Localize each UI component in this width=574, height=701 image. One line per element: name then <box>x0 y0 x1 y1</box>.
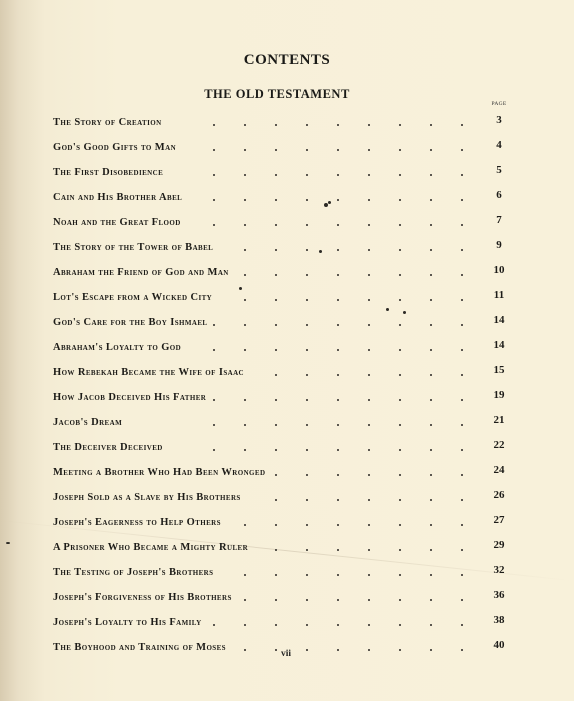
toc-entry-title: The Deceiver Deceived <box>53 441 163 455</box>
leader-dot <box>461 549 463 551</box>
leader-dot <box>368 524 370 526</box>
leader-dot <box>275 474 277 476</box>
leader-dot <box>244 624 246 626</box>
toc-entry-page: 7 <box>486 213 512 227</box>
leader-dot <box>337 199 339 201</box>
leader-dot <box>368 224 370 226</box>
leader-dot <box>306 574 308 576</box>
leader-dot <box>399 299 401 301</box>
leader-dot <box>430 524 432 526</box>
leader-dot <box>430 474 432 476</box>
leader-dot <box>430 449 432 451</box>
leader-dot <box>461 424 463 426</box>
toc-entry-page: 14 <box>486 313 512 327</box>
dot-leader <box>200 516 475 530</box>
leader-dot <box>337 649 339 651</box>
leader-dot <box>399 374 401 376</box>
dot-leader <box>200 391 475 405</box>
dot-leader <box>200 291 475 305</box>
leader-dot <box>399 499 401 501</box>
leader-dot <box>337 424 339 426</box>
leader-dot <box>337 374 339 376</box>
leader-dot <box>461 324 463 326</box>
toc-entry-page: 22 <box>486 438 512 452</box>
leader-dot <box>399 424 401 426</box>
leader-dot <box>337 249 339 251</box>
toc-entry: Abraham's Loyalty to God 14 <box>0 341 574 361</box>
leader-dot <box>213 349 215 351</box>
dot-leader <box>200 416 475 430</box>
toc-entry-title: God's Good Gifts to Man <box>53 141 176 155</box>
leader-dot <box>399 474 401 476</box>
toc-entry: Joseph's Loyalty to His Family 38 <box>0 616 574 636</box>
leader-dot <box>306 474 308 476</box>
toc-entry-page: 27 <box>486 513 512 527</box>
toc-entry-page: 21 <box>486 413 512 427</box>
leader-dot <box>368 399 370 401</box>
toc-entry-title: Jacob's Dream <box>53 416 122 430</box>
leader-dot <box>368 374 370 376</box>
leader-dot <box>244 449 246 451</box>
toc-entry-page: 9 <box>486 238 512 252</box>
toc-entry-page: 29 <box>486 538 512 552</box>
leader-dot <box>306 549 308 551</box>
leader-dot <box>213 424 215 426</box>
leader-dot <box>337 449 339 451</box>
leader-dot <box>368 124 370 126</box>
dot-leader <box>200 466 475 480</box>
toc-entry-page: 5 <box>486 163 512 177</box>
leader-dot <box>430 399 432 401</box>
toc-entry: A Prisoner Who Became a Mighty Ruler 29 <box>0 541 574 561</box>
leader-dot <box>306 424 308 426</box>
leader-dot <box>306 299 308 301</box>
leader-dot <box>461 224 463 226</box>
leader-dot <box>275 449 277 451</box>
leader-dot <box>244 224 246 226</box>
toc-entry-page: 15 <box>486 363 512 377</box>
leader-dot <box>430 149 432 151</box>
page-folio: vii <box>276 649 296 659</box>
toc-entry: Joseph's Forgiveness of His Brothers 36 <box>0 591 574 611</box>
toc-entry: Abraham the Friend of God and Man 10 <box>0 266 574 286</box>
toc-entry-title: God's Care for the Boy Ishmael <box>53 316 207 330</box>
leader-dot <box>337 224 339 226</box>
dot-leader <box>200 116 475 130</box>
leader-dot <box>244 574 246 576</box>
leader-dot <box>213 324 215 326</box>
leader-dot <box>399 199 401 201</box>
leader-dot <box>368 599 370 601</box>
toc-entry-page: 3 <box>486 113 512 127</box>
toc-entry: How Jacob Deceived His Father 19 <box>0 391 574 411</box>
leader-dot <box>461 449 463 451</box>
leader-dot <box>430 349 432 351</box>
leader-dot <box>399 249 401 251</box>
leader-dot <box>244 524 246 526</box>
leader-dot <box>337 174 339 176</box>
leader-dot <box>306 149 308 151</box>
leader-dot <box>368 299 370 301</box>
leader-dot <box>461 274 463 276</box>
leader-dot <box>306 274 308 276</box>
leader-dot <box>461 299 463 301</box>
leader-dot <box>461 649 463 651</box>
leader-dot <box>275 524 277 526</box>
leader-dot <box>306 624 308 626</box>
toc-entry: God's Good Gifts to Man 4 <box>0 141 574 161</box>
leader-dot <box>430 274 432 276</box>
toc-entry-page: 19 <box>486 388 512 402</box>
leader-dot <box>275 124 277 126</box>
leader-dot <box>213 124 215 126</box>
leader-dot <box>368 249 370 251</box>
leader-dot <box>275 199 277 201</box>
leader-dot <box>399 174 401 176</box>
leader-dot <box>399 224 401 226</box>
leader-dot <box>337 549 339 551</box>
toc-entry-page: 6 <box>486 188 512 202</box>
toc-entry: Meeting a Brother Who Had Been Wronged 2… <box>0 466 574 486</box>
toc-entry-page: 24 <box>486 463 512 477</box>
leader-dot <box>430 574 432 576</box>
leader-dot <box>244 324 246 326</box>
toc-entry: The Testing of Joseph's Brothers 32 <box>0 566 574 586</box>
toc-entry-page: 38 <box>486 613 512 627</box>
leader-dot <box>461 399 463 401</box>
dot-leader <box>200 616 475 630</box>
leader-dot <box>244 599 246 601</box>
leader-dot <box>275 274 277 276</box>
leader-dot <box>275 374 277 376</box>
leader-dot <box>430 549 432 551</box>
leader-dot <box>306 349 308 351</box>
leader-dot <box>430 224 432 226</box>
toc-entry-page: 10 <box>486 263 512 277</box>
leader-dot <box>306 374 308 376</box>
leader-dot <box>306 449 308 451</box>
toc-entry-page: 4 <box>486 138 512 152</box>
toc-entry-title: Joseph's Eagerness to Help Others <box>53 516 221 530</box>
toc-entry: Lot's Escape from a Wicked City 11 <box>0 291 574 311</box>
leader-dot <box>275 424 277 426</box>
toc-entry-title: The Story of Creation <box>53 116 162 130</box>
leader-dot <box>399 649 401 651</box>
leader-dot <box>430 599 432 601</box>
leader-dot <box>399 324 401 326</box>
leader-dot <box>275 574 277 576</box>
leader-dot <box>368 199 370 201</box>
leader-dot <box>337 599 339 601</box>
leader-dot <box>461 474 463 476</box>
leader-dot <box>306 174 308 176</box>
leader-dot <box>244 349 246 351</box>
leader-dot <box>368 349 370 351</box>
leader-dot <box>399 399 401 401</box>
leader-dot <box>399 149 401 151</box>
book-page: CONTENTS THE OLD TESTAMENT PAGE The Stor… <box>0 0 574 701</box>
toc-entry-title: The First Disobedience <box>53 166 163 180</box>
toc-entry-title: How Jacob Deceived His Father <box>53 391 206 405</box>
leader-dot <box>337 149 339 151</box>
leader-dot <box>337 274 339 276</box>
leader-dot <box>213 149 215 151</box>
leader-dot <box>244 649 246 651</box>
leader-dot <box>461 374 463 376</box>
toc-entry: The Story of the Tower of Babel 9 <box>0 241 574 261</box>
leader-dot <box>368 149 370 151</box>
leader-dot <box>337 574 339 576</box>
toc-entry: How Rebekah Became the Wife of Isaac 15 <box>0 366 574 386</box>
leader-dot <box>337 524 339 526</box>
leader-dot <box>275 324 277 326</box>
leader-dot <box>275 174 277 176</box>
leader-dot <box>306 649 308 651</box>
toc-entry-title: Abraham's Loyalty to God <box>53 341 181 355</box>
leader-dot <box>275 399 277 401</box>
leader-dot <box>461 574 463 576</box>
leader-dot <box>275 224 277 226</box>
toc-entry: The Story of Creation 3 <box>0 116 574 136</box>
dot-leader <box>200 566 475 580</box>
leader-dot <box>275 499 277 501</box>
leader-dot <box>337 324 339 326</box>
toc-entry-page: 11 <box>486 288 512 302</box>
leader-dot <box>430 324 432 326</box>
leader-dot <box>337 474 339 476</box>
leader-dot <box>368 424 370 426</box>
toc-entry: The First Disobedience 5 <box>0 166 574 186</box>
leader-dot <box>337 624 339 626</box>
dot-leader <box>200 641 475 655</box>
toc-entry-page: 32 <box>486 563 512 577</box>
toc-entry-page: 26 <box>486 488 512 502</box>
toc-entry: Noah and the Great Flood 7 <box>0 216 574 236</box>
leader-dot <box>461 349 463 351</box>
leader-dot <box>430 249 432 251</box>
dot-leader <box>200 316 475 330</box>
toc-entry-title: Noah and the Great Flood <box>53 216 181 230</box>
leader-dot <box>430 124 432 126</box>
leader-dot <box>275 549 277 551</box>
dot-leader <box>200 266 475 280</box>
leader-dot <box>337 399 339 401</box>
dot-leader <box>200 491 475 505</box>
toc-entry-title: The Story of the Tower of Babel <box>53 241 213 255</box>
table-of-contents: The Story of Creation 3 God's Good Gifts… <box>0 0 574 701</box>
leader-dot <box>399 549 401 551</box>
leader-dot <box>399 624 401 626</box>
leader-dot <box>430 499 432 501</box>
leader-dot <box>337 499 339 501</box>
toc-entry: The Deceiver Deceived 22 <box>0 441 574 461</box>
dot-leader <box>200 166 475 180</box>
leader-dot <box>430 624 432 626</box>
leader-dot <box>368 649 370 651</box>
leader-dot <box>368 449 370 451</box>
leader-dot <box>461 174 463 176</box>
leader-dot <box>275 624 277 626</box>
leader-dot <box>461 624 463 626</box>
leader-dot <box>213 199 215 201</box>
toc-entry-page: 36 <box>486 588 512 602</box>
leader-dot <box>306 399 308 401</box>
leader-dot <box>275 349 277 351</box>
leader-dot <box>337 299 339 301</box>
leader-dot <box>213 224 215 226</box>
leader-dot <box>244 274 246 276</box>
leader-dot <box>213 174 215 176</box>
leader-dot <box>213 624 215 626</box>
leader-dot <box>368 474 370 476</box>
dot-leader <box>200 591 475 605</box>
leader-dot <box>461 124 463 126</box>
leader-dot <box>306 599 308 601</box>
leader-dot <box>430 299 432 301</box>
leader-dot <box>430 424 432 426</box>
leader-dot <box>368 274 370 276</box>
leader-dot <box>306 124 308 126</box>
leader-dot <box>306 524 308 526</box>
toc-entry-title: Lot's Escape from a Wicked City <box>53 291 212 305</box>
leader-dot <box>337 349 339 351</box>
leader-dot <box>368 324 370 326</box>
leader-dot <box>244 399 246 401</box>
leader-dot <box>244 199 246 201</box>
leader-dot <box>399 599 401 601</box>
leader-dot <box>430 174 432 176</box>
dot-leader <box>200 216 475 230</box>
leader-dot <box>275 249 277 251</box>
dot-leader <box>200 141 475 155</box>
toc-entry-page: 14 <box>486 338 512 352</box>
dot-leader <box>200 341 475 355</box>
leader-dot <box>399 524 401 526</box>
toc-entry: God's Care for the Boy Ishmael 14 <box>0 316 574 336</box>
leader-dot <box>244 249 246 251</box>
leader-dot <box>368 624 370 626</box>
leader-dot <box>461 524 463 526</box>
leader-dot <box>430 649 432 651</box>
leader-dot <box>399 574 401 576</box>
leader-dot <box>461 499 463 501</box>
leader-dot <box>306 249 308 251</box>
toc-entry-page: 40 <box>486 638 512 652</box>
leader-dot <box>430 199 432 201</box>
leader-dot <box>368 549 370 551</box>
dot-leader <box>200 541 475 555</box>
toc-entry: Joseph's Eagerness to Help Others 27 <box>0 516 574 536</box>
leader-dot <box>368 499 370 501</box>
leader-dot <box>244 299 246 301</box>
leader-dot <box>275 599 277 601</box>
leader-dot <box>275 149 277 151</box>
toc-entry-title: Joseph's Loyalty to His Family <box>53 616 202 630</box>
leader-dot <box>213 449 215 451</box>
leader-dot <box>461 149 463 151</box>
leader-dot <box>399 274 401 276</box>
leader-dot <box>244 149 246 151</box>
leader-dot <box>275 299 277 301</box>
dot-leader <box>200 441 475 455</box>
leader-dot <box>244 174 246 176</box>
leader-dot <box>213 399 215 401</box>
leader-dot <box>306 224 308 226</box>
leader-dot <box>244 424 246 426</box>
leader-dot <box>368 174 370 176</box>
leader-dot <box>244 124 246 126</box>
toc-entry-title: Cain and His Brother Abel <box>53 191 182 205</box>
toc-entry: Joseph Sold as a Slave by His Brothers 2… <box>0 491 574 511</box>
dot-leader <box>200 241 475 255</box>
dot-leader <box>200 191 475 205</box>
toc-entry: Cain and His Brother Abel 6 <box>0 191 574 211</box>
leader-dot <box>399 124 401 126</box>
toc-entry-title: The Testing of Joseph's Brothers <box>53 566 213 580</box>
leader-dot <box>368 574 370 576</box>
leader-dot <box>306 199 308 201</box>
leader-dot <box>306 324 308 326</box>
leader-dot <box>399 449 401 451</box>
leader-dot <box>337 124 339 126</box>
leader-dot <box>399 349 401 351</box>
leader-dot <box>430 374 432 376</box>
leader-dot <box>306 499 308 501</box>
leader-dot <box>461 599 463 601</box>
dot-leader <box>200 366 475 380</box>
leader-dot <box>461 199 463 201</box>
toc-entry: Jacob's Dream 21 <box>0 416 574 436</box>
leader-dot <box>461 249 463 251</box>
